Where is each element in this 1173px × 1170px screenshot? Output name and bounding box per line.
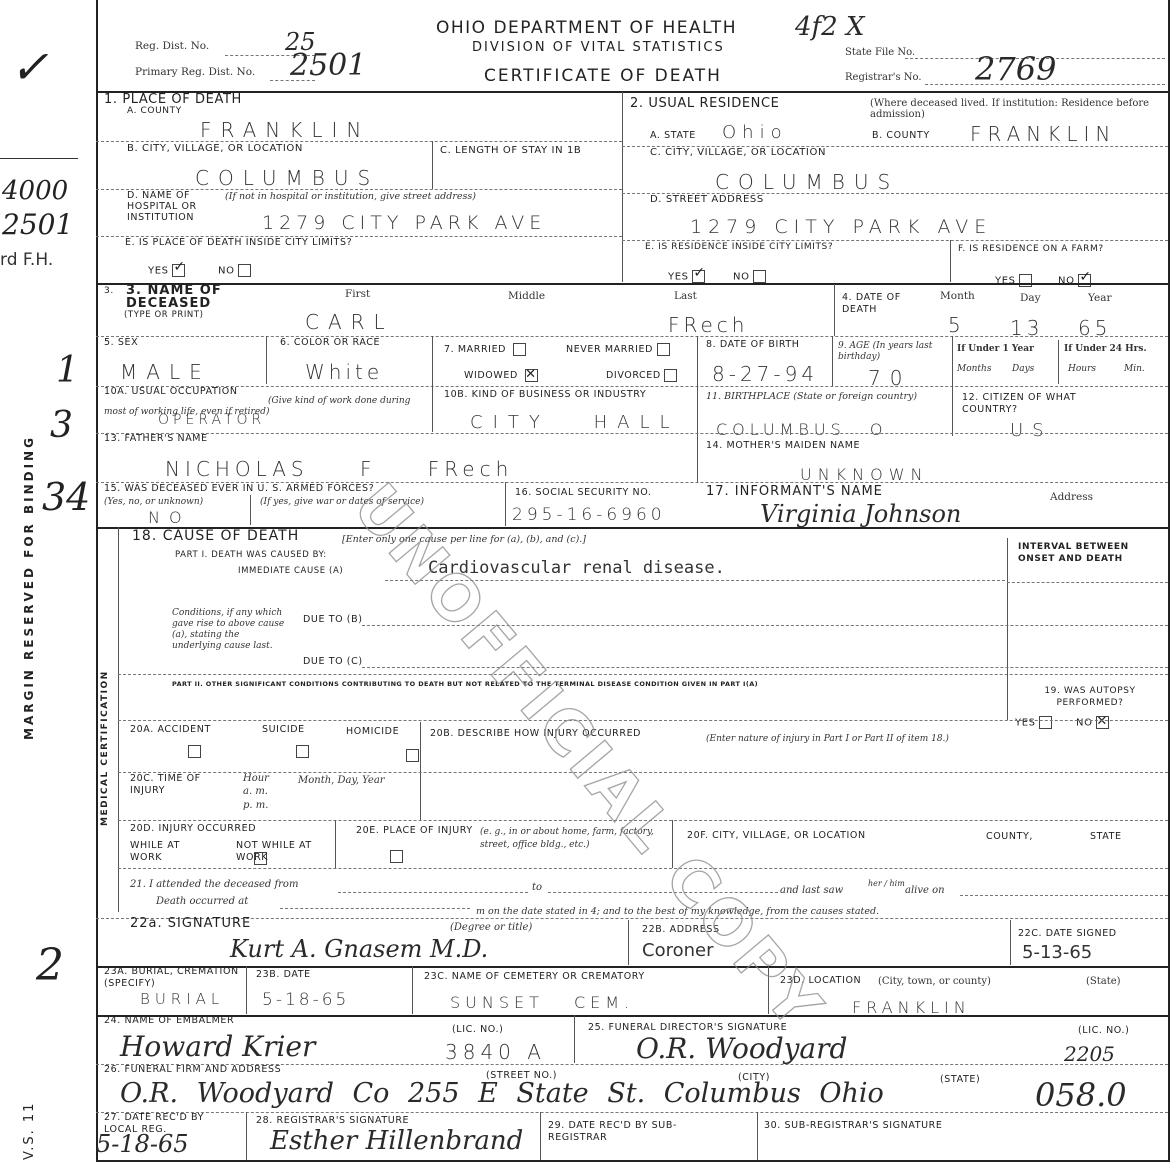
interval-label: INTERVAL BETWEEN ONSET AND DEATH: [1018, 541, 1158, 565]
business-label: 10b. KIND OF BUSINESS OR INDUSTRY: [444, 389, 646, 400]
part2-label: PART II. OTHER SIGNIFICANT CONDITIONS CO…: [172, 680, 758, 688]
while-at-work-label: WHILE AT WORK: [130, 840, 194, 864]
yes-checkbox[interactable]: [1039, 716, 1052, 729]
yes-checkbox[interactable]: [1019, 274, 1032, 287]
residence-inside-city-no[interactable]: NO: [733, 270, 766, 283]
row-line: [362, 625, 1168, 626]
row-line: [118, 868, 1168, 869]
year-label: Year: [1088, 292, 1112, 304]
binding-margin-label: MARGIN RESERVED FOR BINDING: [22, 435, 36, 740]
col-line: [335, 820, 336, 868]
place-of-death-heading: 1. PLACE OF DEATH: [104, 92, 242, 107]
street-label: d. STREET ADDRESS: [650, 194, 764, 205]
physician-signature: Kurt A. Gnasem M.D.: [230, 935, 488, 963]
part1-label: PART I. DEATH WAS CAUSED BY:: [175, 550, 327, 560]
item-number: 3.: [104, 286, 114, 296]
row-line: [96, 918, 1168, 919]
margin-checkmark: ✓: [10, 40, 49, 94]
death-month-value: 5: [948, 313, 970, 337]
state-file-annotation: 4f2 X: [795, 12, 864, 42]
row-line: [622, 240, 1168, 241]
to-text: to: [532, 882, 542, 893]
state-label: a. STATE: [650, 130, 696, 141]
col-line: [834, 284, 835, 336]
under-24-hrs-label: If Under 24 Hrs.: [1064, 344, 1147, 354]
primary-reg-dist-value: 2501: [290, 48, 366, 83]
immediate-cause-label: IMMEDIATE CAUSE (a): [238, 566, 343, 576]
time-of-injury-label: 20c. TIME OF INJURY: [130, 773, 220, 797]
row-line: [118, 674, 1168, 675]
residence-note: (Where deceased lived. If institution: R…: [870, 98, 1160, 120]
death-occurred-text: Death occurred at: [156, 896, 248, 907]
place-of-injury-label: 20e. PLACE OF INJURY: [356, 825, 473, 836]
widowed-label: WIDOWED: [464, 370, 518, 381]
section-divider: [96, 1015, 1168, 1017]
col-line: [420, 722, 421, 820]
armed-forces-note-yes-no: (Yes, no, or unknown): [104, 497, 203, 507]
on-farm-no[interactable]: NO: [1058, 274, 1091, 287]
col-line: [672, 820, 673, 868]
embalmer-lic-label: (LIC. NO.): [452, 1024, 503, 1035]
reg-dist-label: Reg. Dist. No.: [135, 40, 209, 52]
disposition-date-label: 23b. DATE: [256, 969, 311, 980]
never-married-checkbox[interactable]: [657, 343, 670, 356]
state-sublabel: (STATE): [940, 1074, 980, 1085]
certifier-address-value: Coroner: [642, 940, 713, 961]
not-at-work-label: NOT WHILE AT WORK: [236, 840, 316, 864]
city-label: b. CITY, VILLAGE, OR LOCATION: [127, 143, 303, 154]
divorced-option[interactable]: DIVORCED: [606, 369, 677, 382]
sub-registrar-signature-label: 30. SUB-REGISTRAR'S SIGNATURE: [764, 1120, 942, 1131]
cemetery-value: SUNSET CEM.: [450, 993, 634, 1012]
armed-forces-label: 15. WAS DECEASED EVER IN U. S. ARMED FOR…: [104, 483, 374, 494]
mdy-label: Month, Day, Year: [298, 775, 385, 786]
conditions-note: Conditions, if any which gave rise to ab…: [172, 608, 288, 652]
burial-label: 23a. BURIAL, CREMATION (Specify): [104, 966, 254, 990]
date-signed-value: 5-13-65: [1022, 942, 1092, 963]
location-label: 23d. LOCATION: [780, 975, 861, 986]
cemetery-label: 23c. NAME OF CEMETERY OR CREMATORY: [424, 971, 645, 982]
accident-label: 20a. ACCIDENT: [130, 724, 211, 735]
no-checkbox[interactable]: [238, 264, 251, 277]
date-rec-sub-label: 29. DATE REC'D BY SUB-REGISTRAR: [548, 1120, 678, 1144]
col-line: [1058, 340, 1059, 384]
not-at-work-checkbox[interactable]: [390, 850, 403, 863]
informant-value: Virginia Johnson: [760, 500, 961, 528]
attended-text: 21. I attended the deceased from: [130, 879, 298, 890]
describe-injury-note: (Enter nature of injury in Part I or Par…: [706, 734, 949, 744]
row-line: [96, 386, 1168, 387]
division-name: DIVISION OF VITAL STATISTICS: [472, 40, 725, 55]
row-line: [960, 895, 1168, 896]
cause-of-death-heading: 18. CAUSE OF DEATH: [132, 528, 299, 544]
col-line: [432, 336, 433, 386]
col-line: [266, 336, 267, 384]
location-state-sublabel: (State): [1086, 976, 1121, 987]
row-line: [118, 772, 1168, 773]
never-married-option[interactable]: NEVER MARRIED: [566, 343, 670, 356]
col-line: [250, 495, 251, 525]
section-divider: [96, 966, 1168, 968]
length-of-stay-label: c. LENGTH OF STAY IN 1b: [440, 145, 581, 156]
location-city-sublabel: (City, town, or county): [878, 976, 991, 987]
autopsy-label: 19. WAS AUTOPSY PERFORMED?: [1015, 685, 1165, 709]
birthplace-value: COLUMBUS O: [716, 420, 887, 439]
col-line: [246, 1112, 247, 1160]
pm-label: p. m.: [243, 800, 268, 811]
residence-city-label: c. CITY, VILLAGE, OR LOCATION: [650, 147, 826, 158]
inside-city-label: e. IS PLACE OF DEATH INSIDE CITY LIMITS?: [125, 237, 352, 248]
degree-label: (Degree or title): [450, 922, 532, 933]
primary-reg-dist-label: Primary Reg. Dist. No.: [135, 66, 255, 78]
row-line: [96, 336, 1168, 337]
embalmer-value: Howard Krier: [120, 1030, 315, 1063]
hospital-value: 1279 CITY PARK AVE: [262, 212, 546, 234]
suicide-label: SUICIDE: [262, 724, 305, 735]
margin-note: 2501: [2, 208, 73, 241]
name-of-deceased-label: 3. NAME OF DECEASED: [126, 284, 246, 310]
row-line: [118, 820, 1168, 821]
month-label: Month: [940, 290, 975, 302]
ssn-label: 16. SOCIAL SECURITY NO.: [515, 487, 652, 498]
suicide-checkbox[interactable]: [296, 745, 309, 758]
no-checkbox[interactable]: [1078, 274, 1091, 287]
residence-county-label: b. COUNTY: [872, 130, 930, 141]
col-line: [1007, 674, 1008, 720]
residence-county-value: FRANKLIN: [970, 122, 1116, 146]
citizen-label: 12. CITIZEN OF WHAT COUNTRY?: [962, 392, 1112, 416]
citizen-value: US: [1010, 420, 1053, 441]
agency-name: OHIO DEPARTMENT OF HEALTH: [436, 18, 737, 38]
birthplace-label: 11. BIRTHPLACE (State or foreign country…: [706, 391, 946, 402]
margin-note: 1: [56, 350, 79, 391]
cause-instructions: [Enter only one cause per line for (a), …: [342, 534, 586, 545]
row-line: [362, 667, 1168, 668]
day-label: Day: [1020, 292, 1041, 304]
row-line: [548, 892, 778, 893]
occupation-value: OPERATOR: [158, 412, 265, 428]
ssn-value: 295-16-6960: [512, 505, 666, 525]
father-name-value: NICHOLAS F FRech: [165, 457, 513, 481]
due-to-b-label: DUE TO (b): [303, 614, 363, 625]
autopsy-yes[interactable]: YES: [1015, 716, 1052, 729]
first-name-label: First: [345, 288, 370, 300]
father-name-label: 13. FATHER'S NAME: [104, 433, 208, 444]
col-line: [432, 386, 433, 432]
registrar-no-value: 2769: [975, 50, 1056, 88]
form-right-border: [1168, 0, 1170, 1162]
form-code: V.S. 11: [22, 1102, 37, 1160]
director-lic-label: (LIC. NO.): [1078, 1025, 1129, 1036]
yes-checkbox[interactable]: [692, 270, 705, 283]
age-label: 9. AGE (In years last birthday): [838, 341, 948, 363]
residence-city-value: COLUMBUS: [715, 170, 899, 194]
accident-checkbox[interactable]: [188, 745, 201, 758]
widowed-option[interactable]: WIDOWED: [464, 369, 538, 382]
place-of-injury-note: (e. g., in or about home, farm, factory,…: [480, 826, 670, 852]
col-line: [540, 1112, 541, 1160]
alive-on-text: alive on: [905, 885, 945, 896]
hospital-label: d. NAME OF HOSPITAL OR INSTITUTION: [127, 190, 237, 223]
informant-address-label: Address: [1050, 491, 1093, 503]
section-divider: [622, 92, 623, 282]
type-or-print-label: (TYPE OR PRINT): [124, 310, 204, 320]
divorced-label: DIVORCED: [606, 370, 661, 381]
business-value: CITY HALL: [470, 412, 680, 433]
margin-note: 3: [50, 405, 73, 446]
widowed-checkbox[interactable]: [525, 369, 538, 382]
death-inside-city-yes[interactable]: YES: [148, 264, 185, 277]
mother-name-label: 14. MOTHER'S MAIDEN NAME: [706, 440, 860, 451]
row-line: [96, 1112, 1168, 1113]
due-to-c-label: DUE TO (c): [303, 656, 363, 667]
row-line: [338, 892, 528, 893]
residence-state-value: Ohio: [722, 122, 788, 143]
no-checkbox[interactable]: [753, 270, 766, 283]
signature-label: 22a. SIGNATURE: [130, 916, 251, 931]
hour-label: Hour: [243, 773, 269, 784]
informant-label: 17. INFORMANT'S NAME: [706, 484, 883, 499]
min-label: Min.: [1124, 364, 1145, 374]
col-line: [697, 336, 698, 386]
burial-value: BURIAL: [140, 990, 224, 1008]
date-rec-local-value: 5-18-65: [96, 1130, 189, 1158]
on-farm-label: f. IS RESIDENCE ON A FARM?: [958, 244, 1104, 254]
margin-note: 4000: [2, 176, 68, 206]
last-name-label: Last: [674, 290, 697, 302]
m-on-date-text: m on the date stated in 4; and to the be…: [476, 906, 879, 917]
disposition-date-value: 5-18-65: [262, 990, 349, 1010]
director-lic-value: 2205: [1064, 1042, 1115, 1066]
on-farm-yes[interactable]: YES: [995, 274, 1032, 287]
col-line: [1007, 538, 1008, 688]
first-name-value: CARL: [305, 310, 394, 334]
no-label: NO: [218, 266, 235, 277]
hospital-note: (If not in hospital or institution, give…: [225, 191, 476, 202]
residence-street-value: 1279 CITY PARK AVE: [690, 216, 992, 238]
funeral-firm-value: O.R. Woodyard Co 255 E State St. Columbu…: [120, 1078, 884, 1109]
embalmer-lic-value: 3840 A: [445, 1040, 546, 1064]
margin-note: 2: [36, 940, 64, 991]
yes-label: YES: [668, 272, 689, 283]
dob-value: 8-27-94: [712, 362, 818, 386]
married-option[interactable]: 7. MARRIED: [444, 343, 526, 356]
funeral-firm-label: 26. FUNERAL FIRM AND ADDRESS: [104, 1064, 281, 1075]
last-name-value: FRech: [668, 313, 748, 337]
autopsy-no[interactable]: NO: [1076, 716, 1109, 729]
months-label: Months: [957, 364, 991, 374]
residence-inside-city-yes[interactable]: YES: [668, 270, 705, 283]
col-line: [246, 966, 247, 1014]
death-county-value: FRANKLIN: [200, 118, 370, 142]
middle-name-label: Middle: [508, 290, 545, 302]
hours-label: Hours: [1068, 364, 1096, 374]
date-signed-label: 22c. DATE SIGNED: [1018, 928, 1117, 939]
residence-inside-city-label: e. IS RESIDENCE INSIDE CITY LIMITS?: [645, 242, 833, 252]
sex-value: MALE: [120, 360, 211, 384]
embalmer-label: 24. NAME OF EMBALMER: [104, 1015, 234, 1026]
col-line: [628, 920, 629, 965]
margin-note: rd F.H.: [0, 250, 53, 270]
col-line: [697, 386, 698, 482]
injury-occurred-label: 20d. INJURY OCCURRED: [130, 823, 256, 834]
row-line: [96, 141, 622, 142]
injury-state-label: STATE: [1090, 831, 1122, 842]
col-line: [757, 1112, 758, 1160]
funeral-firm-trailing: 058.0: [1035, 1076, 1127, 1114]
form-left-border: [96, 0, 98, 1162]
married-checkbox[interactable]: [513, 343, 526, 356]
row-line: [385, 580, 1005, 581]
funeral-director-signature: O.R. Woodyard: [636, 1032, 847, 1065]
am-label: a. m.: [243, 786, 268, 797]
col-line: [1010, 920, 1011, 965]
death-city-value: COLUMBUS: [195, 166, 379, 190]
occupation-note: (Give kind of work done during most of w…: [104, 396, 434, 418]
death-inside-city-no[interactable]: NO: [218, 264, 251, 277]
col-line: [950, 240, 951, 282]
col-line: [432, 141, 433, 189]
margin-note: 34: [42, 475, 90, 519]
row-line: [1007, 582, 1168, 583]
injury-city-label: 20f. CITY, VILLAGE, OR LOCATION: [687, 830, 866, 841]
dob-label: 8. DATE OF BIRTH: [706, 339, 800, 350]
col-line: [574, 1015, 575, 1063]
col-line: [832, 336, 833, 386]
margin-divider: [0, 158, 78, 159]
col-line: [952, 386, 953, 436]
yes-checkbox[interactable]: [172, 264, 185, 277]
col-line: [952, 336, 953, 386]
registrar-signature-label: 28. REGISTRAR'S SIGNATURE: [256, 1115, 409, 1126]
address-label: 22b. ADDRESS: [642, 924, 720, 935]
date-of-death-label: 4. DATE OF DEATH: [842, 292, 902, 316]
race-label: 6. COLOR OR RACE: [280, 337, 380, 348]
armed-forces-note-service: (If yes, give war or dates of service): [260, 497, 424, 507]
homicide-label: HOMICIDE: [346, 726, 399, 737]
col-line: [505, 482, 506, 526]
race-value: White: [305, 360, 383, 384]
county-label: a. COUNTY: [127, 106, 182, 116]
registrar-signature-value: Esther Hillenbrand: [270, 1126, 523, 1156]
divorced-checkbox[interactable]: [664, 369, 677, 382]
yes-label: YES: [148, 266, 169, 277]
state-file-label: State File No.: [845, 47, 915, 58]
section-divider: [96, 283, 1168, 285]
row-line: [96, 433, 1168, 434]
no-checkbox[interactable]: [1096, 716, 1109, 729]
never-married-label: NEVER MARRIED: [566, 344, 653, 355]
days-label: Days: [1012, 364, 1034, 374]
row-line: [280, 908, 470, 909]
registrar-no-label: Registrar's No.: [845, 72, 922, 83]
injury-county-label: COUNTY,: [986, 831, 1033, 842]
row-line: [118, 720, 1168, 721]
medical-certification-label: MEDICAL CERTIFICATION: [100, 670, 110, 826]
usual-residence-heading: 2. USUAL RESIDENCE: [630, 96, 779, 111]
sex-label: 5. SEX: [104, 337, 138, 348]
married-label: 7. MARRIED: [444, 344, 506, 355]
immediate-cause-value: Cardiovascular renal disease.: [428, 558, 725, 578]
last-saw-text: and last saw: [780, 885, 843, 896]
homicide-checkbox[interactable]: [406, 749, 419, 762]
col-line: [768, 966, 769, 1014]
under-1-year-label: If Under 1 Year: [957, 344, 1034, 354]
no-label: NO: [733, 272, 750, 283]
describe-injury-label: 20b. DESCRIBE HOW INJURY OCCURRED: [430, 728, 641, 739]
form-bottom-border: [96, 1160, 1168, 1162]
certificate-title: CERTIFICATE OF DEATH: [484, 66, 722, 86]
her-him-text: her / him: [868, 879, 905, 888]
armed-forces-value: NO: [148, 508, 191, 527]
col-line: [412, 966, 413, 1014]
header-divider: [96, 91, 1168, 93]
